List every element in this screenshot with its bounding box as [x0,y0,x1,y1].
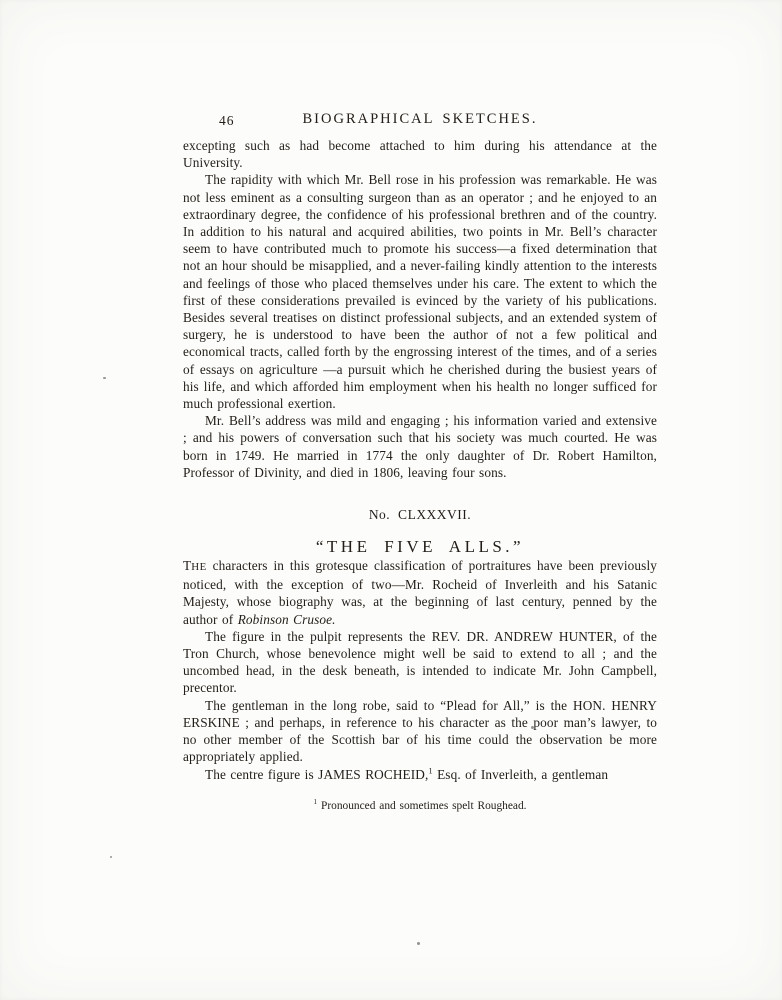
section-number: No. CLXXXVII. [183,507,657,523]
para-university-continuation: excepting such as had become attached to… [183,137,657,171]
scan-speck [110,856,112,858]
footnote-marker: 1 [313,798,317,806]
page-number: 46 [219,113,235,129]
section-title: “THE FIVE ALLS.” [183,537,657,557]
scan-speck [417,942,420,945]
footnote-text: Pronounced and sometimes spelt Roughead. [321,800,527,812]
running-head: 46 BIOGRAPHICAL SKETCHES. [183,111,657,131]
scan-speck [531,726,534,729]
footnote: 1Pronounced and sometimes spelt Roughead… [183,800,657,812]
section-head: No. CLXXXVII. “THE FIVE ALLS.” [183,507,657,557]
para-plead-for-all-erskine: The gentleman in the long robe, said to … [183,697,657,766]
para-centre-figure-rocheid: The centre figure is JAMES ROCHEID,1 Esq… [183,766,657,783]
running-title: BIOGRAPHICAL SKETCHES. [183,111,657,128]
scanned-book-page: 46 BIOGRAPHICAL SKETCHES. excepting such… [0,0,782,1000]
para-five-alls-intro: THE characters in this grotesque classif… [183,557,657,628]
para-pulpit-hunter: The figure in the pulpit represents the … [183,628,657,697]
scan-speck [103,377,106,379]
text-column: excepting such as had become attached to… [183,137,657,812]
para-bell-rapidity: The rapidity with which Mr. Bell rose in… [183,171,657,412]
para-bell-address: Mr. Bell’s address was mild and engaging… [183,412,657,481]
